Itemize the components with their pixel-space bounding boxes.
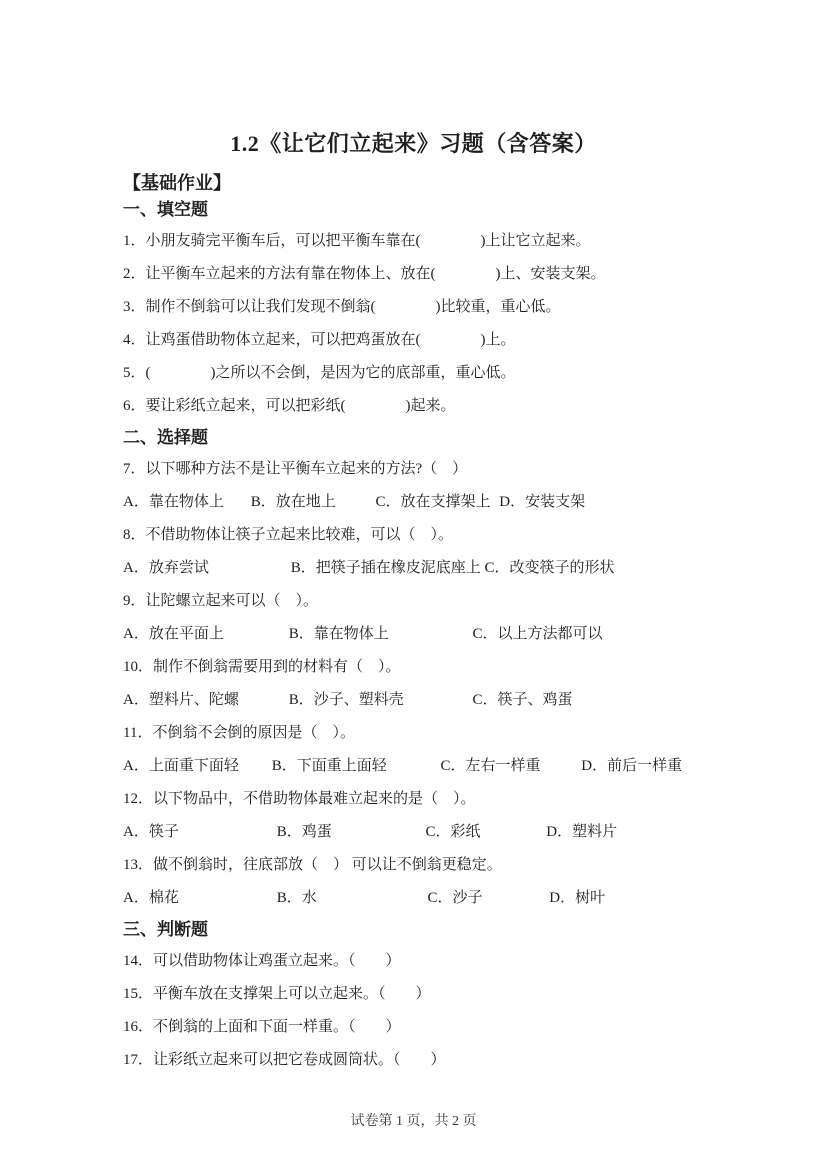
question-9: 9．让陀螺立起来可以（ ）。 bbox=[123, 585, 757, 618]
question-10-options: A．塑料片、陀螺 B．沙子、塑料壳 C．筷子、鸡蛋 bbox=[123, 684, 757, 717]
question-14: 14．可以借助物体让鸡蛋立起来。（ ） bbox=[123, 945, 757, 978]
question-7-options: A．靠在物体上 B．放在地上 C．放在支撑架上 D．安装支架 bbox=[123, 486, 757, 519]
section-heading-fill-in: 一、填空题 bbox=[123, 195, 757, 225]
question-10: 10．制作不倒翁需要用到的材料有（ ）。 bbox=[123, 651, 757, 684]
question-17: 17．让彩纸立起来可以把它卷成圆筒状。（ ） bbox=[123, 1044, 757, 1077]
section-heading-true-false: 三、判断题 bbox=[123, 915, 757, 945]
q9-option-b: B．靠在物体上 bbox=[289, 618, 469, 651]
homework-badge: 【基础作业】 bbox=[123, 171, 757, 195]
page-footer: 试卷第 1 页，共 2 页 bbox=[0, 1112, 827, 1132]
question-3: 3．制作不倒翁可以让我们发现不倒翁( )比较重，重心低。 bbox=[123, 291, 757, 324]
q10-option-c: C．筷子、鸡蛋 bbox=[473, 684, 573, 717]
question-12-options: A．筷子 B．鸡蛋 C．彩纸 D．塑料片 bbox=[123, 816, 757, 849]
q11-option-a: A．上面重下面轻 bbox=[123, 750, 268, 783]
worksheet-page: 1.2《让它们立起来》习题（含答案） 【基础作业】 一、填空题 1．小朋友骑完平… bbox=[0, 0, 827, 1169]
q13-option-c: C．沙子 bbox=[428, 882, 546, 915]
question-1: 1．小朋友骑完平衡车后，可以把平衡车靠在( )上让它立起来。 bbox=[123, 225, 757, 258]
q8-option-a: A．放弃尝试 bbox=[123, 552, 287, 585]
question-15: 15．平衡车放在支撑架上可以立起来。（ ） bbox=[123, 978, 757, 1011]
question-8-options: A．放弃尝试 B．把筷子插在橡皮泥底座上 C．改变筷子的形状 bbox=[123, 552, 757, 585]
question-9-options: A．放在平面上 B．靠在物体上 C．以上方法都可以 bbox=[123, 618, 757, 651]
page-title: 1.2《让它们立起来》习题（含答案） bbox=[0, 0, 827, 158]
q7-option-b: B．放在地上 bbox=[251, 486, 372, 519]
q8-option-b: B．把筷子插在橡皮泥底座上 bbox=[291, 552, 481, 585]
q12-option-d: D．塑料片 bbox=[546, 816, 617, 849]
question-2: 2．让平衡车立起来的方法有靠在物体上、放在( )上、安装支架。 bbox=[123, 258, 757, 291]
question-13-options: A．棉花 B．水 C．沙子 D．树叶 bbox=[123, 882, 757, 915]
question-12: 12．以下物品中，不借助物体最难立起来的是（ ）。 bbox=[123, 783, 757, 816]
q11-option-d: D．前后一样重 bbox=[581, 750, 682, 783]
q12-option-c: C．彩纸 bbox=[426, 816, 543, 849]
q13-option-b: B．水 bbox=[277, 882, 424, 915]
q12-option-b: B．鸡蛋 bbox=[277, 816, 422, 849]
question-7: 7．以下哪种方法不是让平衡车立起来的方法?（ ） bbox=[123, 453, 757, 486]
question-5: 5．( )之所以不会倒，是因为它的底部重，重心低。 bbox=[123, 357, 757, 390]
q9-option-c: C．以上方法都可以 bbox=[473, 618, 603, 651]
q13-option-d: D．树叶 bbox=[549, 882, 605, 915]
q10-option-b: B．沙子、塑料壳 bbox=[289, 684, 469, 717]
question-11: 11．不倒翁不会倒的原因是（ ）。 bbox=[123, 717, 757, 750]
q11-option-b: B．下面重上面轻 bbox=[272, 750, 437, 783]
question-11-options: A．上面重下面轻 B．下面重上面轻 C．左右一样重 D．前后一样重 bbox=[123, 750, 757, 783]
q7-option-a: A．靠在物体上 bbox=[123, 486, 247, 519]
q7-option-c: C．放在支撑架上 bbox=[376, 486, 496, 519]
q8-option-c: C．改变筷子的形状 bbox=[485, 552, 615, 585]
q9-option-a: A．放在平面上 bbox=[123, 618, 285, 651]
question-6: 6．要让彩纸立起来，可以把彩纸( )起来。 bbox=[123, 390, 757, 423]
q11-option-c: C．左右一样重 bbox=[441, 750, 578, 783]
question-16: 16．不倒翁的上面和下面一样重。（ ） bbox=[123, 1011, 757, 1044]
q12-option-a: A．筷子 bbox=[123, 816, 273, 849]
worksheet-body: 【基础作业】 一、填空题 1．小朋友骑完平衡车后，可以把平衡车靠在( )上让它立… bbox=[0, 171, 827, 1077]
section-heading-multiple-choice: 二、选择题 bbox=[123, 423, 757, 453]
q13-option-a: A．棉花 bbox=[123, 882, 273, 915]
question-13: 13．做不倒翁时，往底部放（ ） 可以让不倒翁更稳定。 bbox=[123, 849, 757, 882]
question-8: 8．不借助物体让筷子立起来比较难，可以（ ）。 bbox=[123, 519, 757, 552]
q10-option-a: A．塑料片、陀螺 bbox=[123, 684, 285, 717]
question-4: 4．让鸡蛋借助物体立起来，可以把鸡蛋放在( )上。 bbox=[123, 324, 757, 357]
q7-option-d: D．安装支架 bbox=[499, 486, 585, 519]
